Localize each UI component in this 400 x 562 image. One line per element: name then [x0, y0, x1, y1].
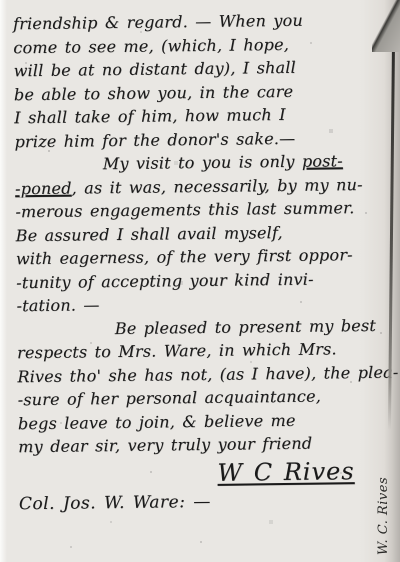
- letter-body: friendship & regard. — When you come to …: [13, 8, 393, 517]
- addressee-text: Col. Jos. W. Ware: —: [19, 491, 211, 513]
- line-text: -merous engagements this last summer.: [15, 198, 354, 221]
- line-text: Rives tho' she has not, (as I have), the…: [17, 362, 398, 386]
- line-text: come to see me, (which, I hope,: [13, 34, 289, 56]
- line-text: will be at no distant day), I shall: [14, 58, 297, 80]
- letter-scan-page: friendship & regard. — When you come to …: [0, 0, 400, 562]
- line-text: with eagerness, of the very first oppor-: [16, 245, 353, 268]
- line-text: -sure of her personal acquaintance,: [18, 387, 322, 410]
- line-text: prize him for the donor's sake.—: [14, 128, 295, 150]
- line-text: I shall take of him, how much I: [14, 105, 286, 127]
- line-text: , as it was, necessarily, by my nu-: [71, 175, 362, 198]
- line-text: -tunity of accepting your kind invi-: [16, 269, 314, 292]
- addressee-line: Col. Jos. W. Ware: —: [19, 488, 393, 516]
- line-text: Be pleased to present my best: [115, 315, 376, 337]
- letter-line: -merous engagements this last summer.: [15, 196, 389, 224]
- underlined-word: -poned: [15, 178, 72, 198]
- letter-line: with eagerness, of the very first oppor-: [16, 243, 390, 271]
- underlined-word: post-: [302, 151, 343, 170]
- letter-line: my dear sir, very truly your friend: [18, 431, 392, 459]
- signature: W C Rives: [217, 457, 354, 487]
- page-corner-shadow: [372, 0, 400, 52]
- line-text: my dear sir, very truly your friend: [18, 434, 312, 457]
- line-text: friendship & regard. — When you: [13, 11, 303, 34]
- line-text: Be assured I shall avail myself,: [16, 223, 283, 245]
- line-text: begs leave to join, & believe me: [18, 410, 296, 432]
- line-text: -tation. —: [16, 295, 99, 315]
- line-text: My visit to you is only: [103, 152, 302, 173]
- signature-row: W C Rives: [18, 456, 392, 489]
- line-text: be able to show you, in the care: [14, 81, 294, 103]
- letter-line: Rives tho' she has not, (as I have), the…: [17, 360, 391, 388]
- line-text: respects to Mrs. Ware, in which Mrs.: [17, 339, 337, 362]
- scan-noise-speckles: [0, 0, 2, 2]
